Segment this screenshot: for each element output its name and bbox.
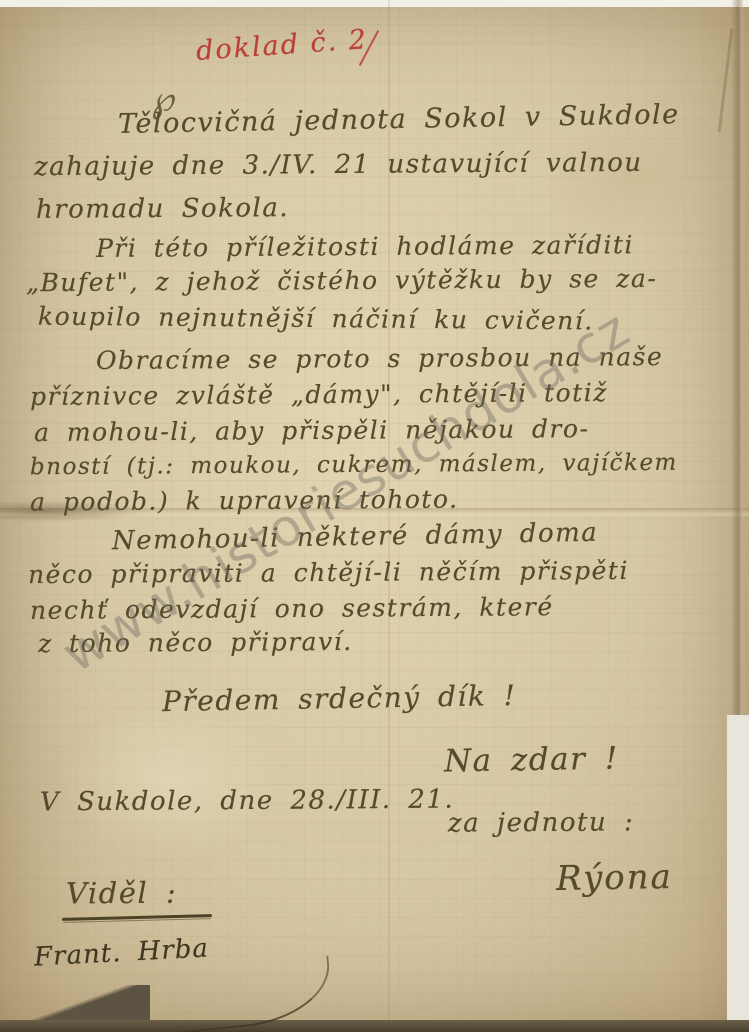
letter-line: zahajuje dne 3./IV. 21 ustavující valnou [34,148,643,182]
letter-line: koupilo nejnutnější náčiní ku cvičení. [38,302,594,336]
letter-line: Nemohou-li některé dámy doma [112,518,599,556]
letter-line: hromadu Sokola. [36,193,289,225]
letter-line: Při této příležitosti hodláme zaříditi [96,230,634,263]
letter-line: „Bufet", z jehož čistého výtěžku by se z… [26,264,657,297]
red-archival-annotation: doklad č. 2 [195,24,369,67]
paper-light-spot [540,120,720,240]
scanner-background-top [0,0,749,7]
paper-light-spot [60,700,280,860]
salute-line: Na zdar ! [444,740,619,779]
on-behalf-line: za jednotu : [448,807,634,838]
seen-label-underline [62,914,212,921]
thanks-line: Předem srdečný dík ! [162,679,517,718]
signature: Rýona [556,857,674,899]
seen-label: Viděl : [66,876,177,911]
seen-signature: Frant. Hrba [33,933,209,972]
dateline: V Sukdole, dne 28./III. 21. [40,785,454,818]
letter-line: něco připraviti a chtějí-li něčím přispě… [28,556,629,589]
scanner-background-right [727,715,749,1032]
scanned-letter-page: doklad č. 2 ℘ Tělocvičná jednota Sokol v… [0,0,749,1032]
bottom-edge-shadow [0,1020,749,1032]
